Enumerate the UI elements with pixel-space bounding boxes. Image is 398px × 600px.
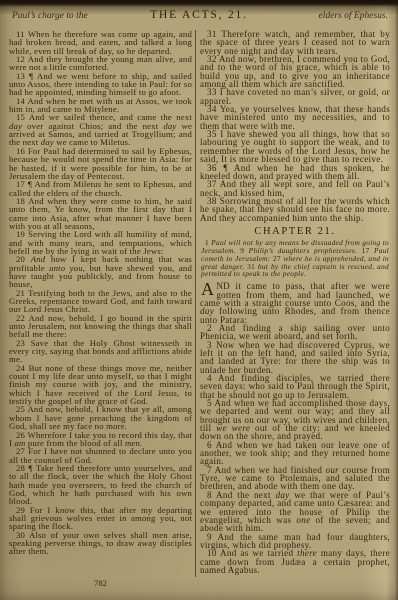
- verse: 13 ¶ And we went before to ship, and sai…: [9, 72, 192, 97]
- drop-cap-initial: A: [200, 282, 216, 298]
- verse-text-segment: And finding a ship sailing over unto Phe…: [200, 323, 390, 341]
- verse: 31 Therefore watch, and remember, that b…: [200, 30, 390, 55]
- verse: 25 And now, behold, I know that ye all, …: [9, 405, 192, 430]
- verse: 29 For I know this, that after my depart…: [9, 506, 192, 531]
- verse-text-segment: Serving the Lord with all humility of mi…: [9, 229, 192, 256]
- verse: 14 And when he met with us at Assos, we …: [9, 97, 192, 114]
- column-divider-rule: [195, 30, 196, 577]
- verse: 37 And they all wept sore, and fell on P…: [200, 180, 390, 197]
- verse: 3 Now when we had discovered Cyprus, we …: [200, 341, 390, 374]
- verse-text-segment: And finding disciples, we tarried there …: [200, 373, 390, 400]
- bible-page: Paul’s charge to the THE ACTS, 21. elder…: [0, 0, 398, 600]
- verse: 7 And when we had finished our course fr…: [200, 466, 390, 491]
- verse: 33 I have coveted no man’s silver, or go…: [200, 88, 390, 105]
- verse: 30 Also of your own selves shall men ari…: [9, 531, 192, 556]
- verse: 20 And how I kept back nothing that was …: [9, 255, 192, 288]
- chapter-heading: CHAPTER 21.: [200, 228, 390, 236]
- verse-text-segment: And we went before to ship, and sailed u…: [9, 71, 192, 98]
- verse-text-segment: Take heed therefore unto yourselves, and…: [9, 463, 192, 506]
- verse-text-segment: Sorrowing most of all for the words whic…: [200, 196, 390, 223]
- verse: 32 And now, brethren, I commend you to G…: [200, 55, 390, 88]
- acts20-continued-verses: 31 Therefore watch, and remember, that b…: [200, 30, 390, 222]
- verse-text-segment: And from Miletus he sent to Ephesus, and…: [9, 179, 192, 197]
- verse: 21 Testifying both to the Jews, and also…: [9, 289, 192, 314]
- verse-text-segment: Therefore watch, and remember, that by t…: [200, 30, 390, 56]
- running-head-right: elders of Ephesus.: [319, 11, 388, 21]
- verse: 6 And when we had taken our leave one of…: [200, 441, 390, 466]
- verse-text-segment: And when we had taken our leave one of a…: [200, 440, 390, 467]
- verse-text-segment: And when he met with us at Assos, we too…: [9, 96, 192, 114]
- verse-text-segment: And when he had thus spoken, he kneeled …: [200, 163, 390, 181]
- verse: 8 And the next day we that were of Paul’…: [200, 491, 390, 533]
- verse-text-segment: ND it came to pass, that after we were g…: [200, 281, 390, 308]
- verse: 26 Wherefore I take you to record this d…: [9, 431, 192, 448]
- verse-text-segment: Now when we had discovered Cyprus, we le…: [200, 340, 390, 375]
- verse: 24 But none of these things move me, nei…: [9, 364, 192, 406]
- verse-text-segment: For I have not shunned to declare unto y…: [9, 446, 192, 464]
- verse-text-segment: For Paul had determined to sail by Ephes…: [9, 146, 192, 181]
- verse-text-segment: I have shewed you all things, how that s…: [200, 129, 390, 164]
- verse-text-segment: I have coveted no man’s silver, or gold,…: [200, 87, 390, 105]
- verse: 22 And now, behold, I go bound in the sp…: [9, 314, 192, 339]
- verse-text-segment: Save that the Holy Ghost witnesseth in e…: [9, 338, 192, 365]
- verse-text-segment: And they all wept sore, and fell on Paul…: [200, 179, 390, 197]
- verse: 18 And when they were come to him, he sa…: [9, 197, 192, 230]
- page-number: 782: [9, 578, 192, 588]
- verse-text-segment: Yea, ye yourselves know, that these hand…: [200, 104, 390, 131]
- verse: 5 And when we had accomplished those day…: [200, 399, 390, 441]
- verse: 16 For Paul had determined to sail by Ep…: [9, 147, 192, 180]
- verse: 35 I have shewed you all things, how tha…: [200, 130, 390, 163]
- verse-text-segment: And when they were come to him, he said …: [9, 196, 192, 231]
- acts21-verses: AND it came to pass, that after we were …: [200, 282, 390, 574]
- verse-text-segment: Also of your own selves shall men arise,…: [9, 530, 192, 557]
- verse-text-segment: And they brought the young man alive, an…: [9, 54, 192, 72]
- verse: 19 Serving the Lord with all humility of…: [9, 230, 192, 255]
- verse-text-segment: When he therefore was come up again, and…: [9, 30, 192, 56]
- verse: AND it came to pass, that after we were …: [200, 282, 390, 324]
- verse: 12 And they brought the young man alive,…: [9, 55, 192, 72]
- verse-text-segment: And now, behold, I know that ye all, amo…: [9, 404, 192, 431]
- verse: 4 And finding disciples, we tarried ther…: [200, 374, 390, 399]
- verse: 17 ¶ And from Miletus he sent to Ephesus…: [9, 180, 192, 197]
- verse-text-segment: And now, behold, I go bound in the spiri…: [9, 313, 192, 340]
- verse-text-segment: But none of these things move me, neithe…: [9, 363, 192, 406]
- verse: 27 For I have not shunned to declare unt…: [9, 447, 192, 464]
- verse: 28 ¶ Take heed therefore unto yourselves…: [9, 464, 192, 506]
- verse: 15 And we sailed thence, and came the ne…: [9, 113, 192, 146]
- verse-text-segment: one: [296, 515, 310, 525]
- verse: 2 And finding a ship sailing over unto P…: [200, 324, 390, 341]
- verse-text-segment: And now, brethren, I commend you to God,…: [200, 54, 390, 89]
- verse: 34 Yea, ye yourselves know, that these h…: [200, 105, 390, 130]
- verse-text-segment: And the same man had four daughters, vir…: [200, 532, 390, 550]
- verse-text-segment: Testifying both to the Jews, and also to…: [9, 288, 192, 315]
- verse-text-segment: following unto Rhodes, and from thence u…: [200, 306, 390, 324]
- right-column: 31 Therefore watch, and remember, that b…: [200, 30, 390, 578]
- verse: 9 And the same man had four daughters, v…: [200, 533, 390, 550]
- verse: 36 ¶ And when he had thus spoken, he kne…: [200, 164, 390, 181]
- verse-text-segment: For I know this, that after my departing…: [9, 505, 192, 532]
- verse: 11 When he therefore was come up again, …: [9, 30, 192, 55]
- verse: 23 Save that the Holy Ghost witnesseth i…: [9, 339, 192, 364]
- left-column: 11 When he therefore was come up again, …: [9, 30, 192, 578]
- verse: 10 And as we tarried there many days, th…: [200, 549, 390, 574]
- verse: 38 Sorrowing most of all for the words w…: [200, 197, 390, 222]
- chapter-summary: 1 Paul will not by any means be dissuade…: [201, 239, 389, 278]
